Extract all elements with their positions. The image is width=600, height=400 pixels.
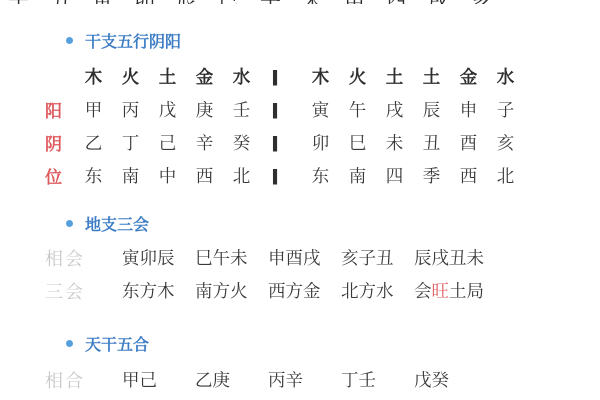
row-label: 三会	[45, 278, 122, 304]
row-xianghe: 相合 甲己 乙庚 丙辛 丁壬 戊癸	[45, 363, 600, 396]
branch-cell: 亥	[487, 130, 524, 155]
direction-cell: 西	[186, 163, 223, 188]
column-separator: |	[247, 67, 304, 87]
element-cell: 金	[186, 64, 223, 89]
pair-item: 丁壬	[341, 367, 414, 392]
item-prefix: 会	[414, 281, 432, 301]
section-header: 天干五合	[45, 333, 600, 353]
element-cell: 土	[376, 64, 413, 89]
group-item: 巳午未	[195, 245, 268, 270]
branch-cell: 辰	[413, 97, 450, 122]
row-label: 位	[45, 163, 75, 188]
branch-cell: 酉	[450, 130, 487, 155]
group-item: 北方水	[341, 278, 414, 303]
sanhui-rows: 相会 寅卯辰 巳午未 申酉戌 亥子丑 辰戌丑未 三会 东方木 南方火 西方金 北…	[45, 241, 600, 307]
bullet-icon	[66, 220, 73, 227]
group-item: 亥子丑	[341, 245, 414, 270]
group-item-highlighted: 会旺土局	[414, 278, 487, 303]
branch-cell: 未	[376, 130, 413, 155]
branch-cell: 午	[339, 97, 376, 122]
group-item: 辰戌丑未	[414, 245, 487, 270]
branch-cell: 申	[450, 97, 487, 122]
stem-cell: 辛	[186, 130, 223, 155]
section-title: 天干五合	[85, 332, 149, 355]
direction-cell: 南	[112, 163, 149, 188]
element-cell: 土	[149, 64, 186, 89]
column-separator: |	[247, 166, 304, 186]
table-row-position: 位 东 南 中 西 北 | 东 南 四 季 西 北	[45, 159, 600, 192]
row-label: 阴	[45, 130, 75, 155]
element-cell: 火	[339, 64, 376, 89]
branch-cell: 寅	[302, 97, 339, 122]
table-row-yang: 阳 甲 丙 戊 庚 壬 | 寅 午 戌 辰 申 子	[45, 93, 600, 126]
pair-item: 甲己	[122, 367, 195, 392]
pair-item: 戊癸	[414, 367, 487, 392]
section-ganzhi-wuxing-yinyang: 干支五行阴阳 木 火 土 金 水 | 木 火 土 土 金 水 阳 甲 丙	[45, 30, 600, 192]
item-suffix: 土局	[449, 281, 484, 301]
branch-cell: 卯	[302, 130, 339, 155]
direction-cell: 季	[413, 163, 450, 188]
table-row-elements: 木 火 土 金 水 | 木 火 土 土 金 水	[45, 60, 600, 93]
group-item: 寅卯辰	[122, 245, 195, 270]
wuxing-table: 木 火 土 金 水 | 木 火 土 土 金 水 阳 甲 丙 戊 庚 壬 |	[45, 60, 600, 192]
stem-cell: 己	[149, 130, 186, 155]
group-item: 申酉戌	[268, 245, 341, 270]
branch-cell: 子	[487, 97, 524, 122]
section-dizhi-sanhui: 地支三会 相会 寅卯辰 巳午未 申酉戌 亥子丑 辰戌丑未 三会 东方木 南方火 …	[45, 213, 600, 307]
column-separator: |	[247, 133, 304, 153]
stem-cell: 丁	[112, 130, 149, 155]
element-cell: 金	[450, 64, 487, 89]
section-tiangan-wuhe: 天干五合 相合 甲己 乙庚 丙辛 丁壬 戊癸	[45, 333, 600, 396]
column-separator: |	[247, 100, 304, 120]
wuhe-rows: 相合 甲己 乙庚 丙辛 丁壬 戊癸	[45, 363, 600, 396]
branch-cell: 戌	[376, 97, 413, 122]
bullet-icon	[66, 340, 73, 347]
stem-cell: 乙	[75, 130, 112, 155]
group-item: 西方金	[268, 278, 341, 303]
pair-item: 乙庚	[195, 367, 268, 392]
direction-cell: 中	[149, 163, 186, 188]
element-cell: 水	[487, 64, 524, 89]
section-title: 干支五行阴阳	[85, 29, 181, 52]
row-label: 相合	[45, 367, 122, 393]
element-cell: 木	[75, 64, 112, 89]
stem-cell: 戊	[149, 97, 186, 122]
stem-cell: 丙	[112, 97, 149, 122]
branch-cell: 丑	[413, 130, 450, 155]
table-row-yin: 阴 乙 丁 己 辛 癸 | 卯 巳 未 丑 酉 亥	[45, 126, 600, 159]
section-title: 地支三会	[85, 212, 149, 235]
element-cell: 土	[413, 64, 450, 89]
section-header: 地支三会	[45, 213, 600, 233]
group-item: 南方火	[195, 278, 268, 303]
direction-cell: 东	[302, 163, 339, 188]
group-item: 东方木	[122, 278, 195, 303]
stem-cell: 庚	[186, 97, 223, 122]
page: 子、丑、寅、卯、辰、巳、午、未、申、酉、戌、亥。 干支五行阴阳 木 火 土 金 …	[0, 0, 600, 400]
direction-cell: 四	[376, 163, 413, 188]
direction-cell: 南	[339, 163, 376, 188]
row-label: 相会	[45, 245, 122, 271]
row-sanhui: 三会 东方木 南方火 西方金 北方水 会旺土局	[45, 274, 600, 307]
branch-cell: 巳	[339, 130, 376, 155]
row-label: 阳	[45, 97, 75, 122]
element-cell: 木	[302, 64, 339, 89]
row-xianghui: 相会 寅卯辰 巳午未 申酉戌 亥子丑 辰戌丑未	[45, 241, 600, 274]
direction-cell: 西	[450, 163, 487, 188]
pair-item: 丙辛	[268, 367, 341, 392]
section-header: 干支五行阴阳	[45, 30, 600, 50]
earthly-branches-line: 子、丑、寅、卯、辰、巳、午、未、申、酉、戌、亥。	[8, 0, 600, 4]
element-cell: 火	[112, 64, 149, 89]
direction-cell: 东	[75, 163, 112, 188]
item-highlight: 旺	[432, 281, 450, 301]
stem-cell: 甲	[75, 97, 112, 122]
direction-cell: 北	[487, 163, 524, 188]
bullet-icon	[66, 37, 73, 44]
